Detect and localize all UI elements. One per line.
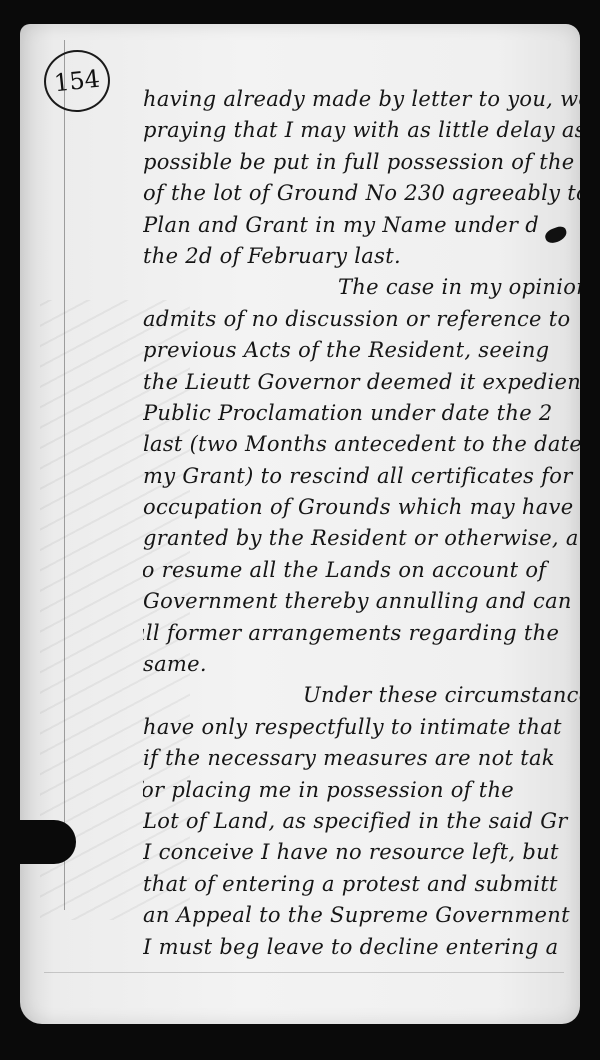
text-line: of the lot of Ground No 230 agreeably to bbox=[143, 178, 600, 209]
scan-border-right bbox=[580, 0, 600, 1060]
text-line: Plan and Grant in my Name under d bbox=[143, 210, 600, 241]
margin-rule bbox=[64, 40, 65, 910]
text-line: last (two Months antecedent to the date bbox=[143, 429, 600, 460]
text-line: all former arrangements regarding the bbox=[143, 618, 600, 649]
bottom-rule bbox=[44, 972, 564, 973]
text-line: granted by the Resident or otherwise, a bbox=[143, 523, 600, 554]
text-line: if the necessary measures are not tak bbox=[143, 743, 600, 774]
text-line: Public Proclamation under date the 2 bbox=[143, 398, 600, 429]
handwritten-text: having already made by letter to you, wo… bbox=[143, 84, 600, 963]
text-line: Lot of Land, as specified in the said Gr bbox=[143, 806, 600, 837]
text-line: occupation of Grounds which may have bbox=[143, 492, 600, 523]
text-line: the Lieutt Governor deemed it expedient … bbox=[143, 367, 600, 398]
text-line: that of entering a protest and submitt bbox=[143, 869, 600, 900]
text-line: the 2d of February last. bbox=[143, 241, 600, 272]
text-line-paragraph-start: Under these circumstances bbox=[143, 680, 600, 711]
text-line: to resume all the Lands on account of bbox=[143, 555, 600, 586]
text-line-paragraph-start: The case in my opinion bbox=[143, 272, 600, 303]
text-line: same. bbox=[143, 649, 600, 680]
text-line: have only respectfully to intimate that bbox=[143, 712, 600, 743]
scan-border-bottom bbox=[0, 1028, 600, 1060]
text-line: admits of no discussion or reference to bbox=[143, 304, 600, 335]
text-line: previous Acts of the Resident, seeing bbox=[143, 335, 600, 366]
text-line: I conceive I have no resource left, but bbox=[143, 837, 600, 868]
text-line: an Appeal to the Supreme Government bbox=[143, 900, 600, 931]
text-line: praying that I may with as little delay … bbox=[143, 115, 600, 146]
text-line: I must beg leave to decline entering a bbox=[143, 932, 600, 963]
binding-tab bbox=[0, 820, 76, 864]
text-line: possible be put in full possession of th… bbox=[143, 147, 600, 178]
text-line: for placing me in possession of the bbox=[143, 775, 600, 806]
text-line: Government thereby annulling and can bbox=[143, 586, 600, 617]
text-line: having already made by letter to you, wo… bbox=[143, 84, 600, 115]
text-line: my Grant) to rescind all certificates fo… bbox=[143, 461, 600, 492]
